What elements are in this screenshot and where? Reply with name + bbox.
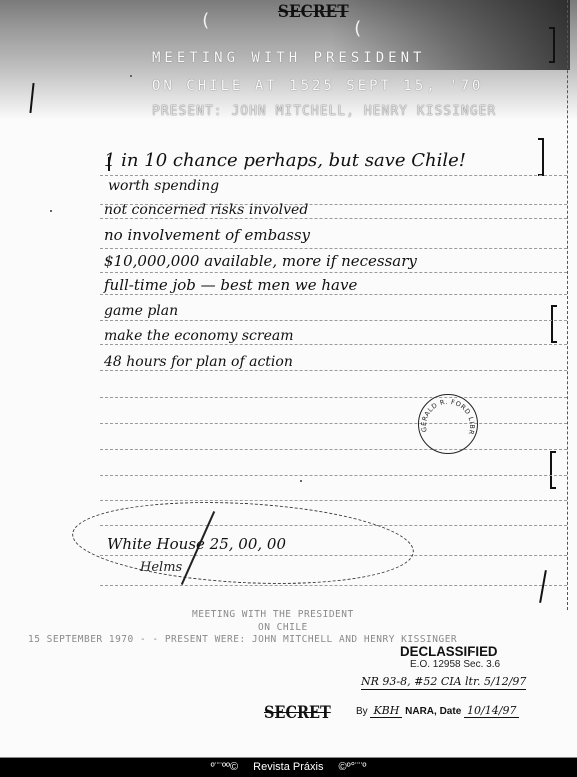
header-line-meeting: MEETING WITH PRESIDENT: [152, 50, 425, 66]
ruled-line: [100, 585, 567, 586]
declassified-stamp: DECLASSIFIED: [400, 643, 498, 659]
note-line: not concerned risks involved: [104, 202, 308, 218]
library-stamp: GERALD R. FORD LIBRARY: [418, 394, 478, 454]
scan-speck: [470, 650, 472, 652]
ruled-line: [100, 449, 567, 450]
note-line: $10,000,000 available, more if necessary: [104, 252, 417, 270]
ruled-line: [100, 294, 567, 295]
declassification-authority: E.O. 12958 Sec. 3.6: [410, 659, 500, 670]
caption-line: MEETING WITH THE PRESIDENT: [192, 609, 354, 620]
header-line-present: PRESENT: JOHN MITCHELL, HENRY KISSINGER: [152, 104, 496, 119]
ruled-line: [100, 320, 567, 321]
by-value: KBH: [370, 704, 402, 718]
ruled-line: [100, 344, 567, 345]
note-line: 48 hours for plan of action: [104, 354, 293, 370]
ruled-line: [100, 218, 567, 219]
ruled-line: [100, 475, 567, 476]
ruled-line: [100, 175, 567, 176]
note-line: 1 in 10 chance perhaps, but save Chile!: [104, 150, 466, 171]
margin-mark: [539, 570, 547, 603]
note-line: full-time job — best men we have: [104, 276, 357, 294]
page-edge: [567, 0, 569, 610]
date-value: 10/14/97: [464, 704, 519, 718]
note-line: game plan: [104, 303, 178, 319]
footer-bar: º¨¨ºº© Revista Práxis ©º°¨¨º: [0, 757, 577, 777]
ruled-line: [100, 272, 567, 273]
classification-bottom: SECRET: [264, 703, 331, 723]
margin-bracket: [549, 27, 555, 63]
circled-signature: Helms: [140, 560, 182, 575]
note-line: no involvement of embassy: [104, 226, 310, 244]
caption-line: ON CHILE: [258, 622, 308, 633]
agency-label: NARA, Date: [405, 706, 461, 717]
note-line: make the economy scream: [104, 328, 293, 344]
ruled-line: [100, 370, 567, 371]
document-page: SECRET ( ( MEETING WITH PRESIDENT ON CHI…: [0, 0, 577, 757]
note-line: worth spending: [108, 178, 219, 194]
punch-mark: (: [200, 10, 211, 31]
declassification-reference: NR 93-8, #52 CIA ltr. 5/12/97: [361, 675, 526, 690]
margin-bracket: [550, 451, 556, 489]
ruled-line: [100, 423, 567, 424]
footer-label: Revista Práxis: [253, 761, 323, 773]
footer-ornament-right: ©º°¨¨º: [339, 761, 367, 773]
punch-mark: (: [352, 18, 363, 39]
header-line-date: ON CHILE AT 1525 SEPT 15, '70: [152, 78, 483, 94]
footer-ornament-left: º¨¨ºº©: [211, 761, 238, 773]
ruled-line: [100, 397, 567, 398]
scan-speck: [50, 210, 52, 212]
ruled-line: [100, 500, 567, 501]
scan-speck: [300, 480, 302, 482]
declassification-byline: By KBH NARA, Date 10/14/97: [356, 704, 519, 717]
classification-top: SECRET: [278, 2, 349, 22]
svg-text:GERALD R. FORD LIBRARY: GERALD R. FORD LIBRARY: [419, 395, 476, 436]
circled-note: White House 25, 00, 00: [107, 535, 286, 553]
by-label: By: [356, 706, 368, 717]
ruled-line: [100, 248, 567, 249]
scan-speck: [130, 75, 132, 77]
margin-bracket: [551, 305, 557, 343]
caption-line: 15 SEPTEMBER 1970 - - PRESENT WERE: JOHN…: [28, 634, 457, 645]
margin-bracket: [538, 138, 544, 176]
library-stamp-text: GERALD R. FORD LIBRARY: [419, 395, 477, 453]
